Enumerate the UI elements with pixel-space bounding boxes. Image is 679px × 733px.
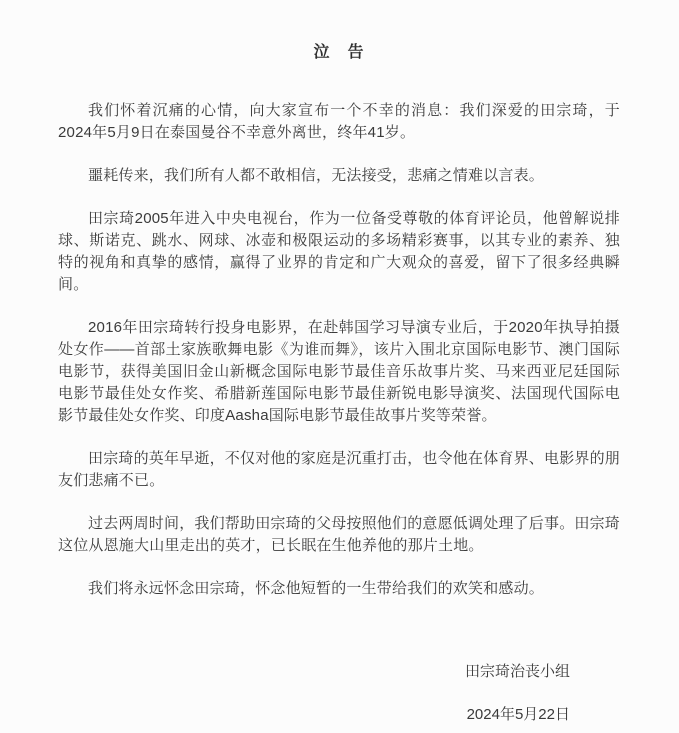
notice-title: 泣 告 (58, 42, 620, 64)
notice-paragraph-film-career: 2016年田宗琦转行投身电影界，在赴韩国学习导演专业后，于2020年执导拍摄处女… (58, 317, 620, 427)
signature: 田宗琦治丧小组 (58, 661, 620, 683)
notice-paragraph-tv-career: 田宗琦2005年进入中央电视台，作为一位备受尊敬的体育评论员，他曾解说排球、斯诺… (58, 208, 620, 296)
closing-block: 田宗琦治丧小组 2024年5月22日 (58, 661, 620, 726)
obituary-notice-page: 泣 告 我们怀着沉痛的心情，向大家宣布一个不幸的消息：我们深爱的田宗琦，于202… (0, 0, 679, 733)
notice-date: 2024年5月22日 (58, 704, 620, 726)
notice-paragraph-funeral: 过去两周时间，我们帮助田宗琦的父母按照他们的意愿低调处理了后事。田宗琦这位从恩施… (58, 513, 620, 557)
notice-paragraph-grief: 噩耗传来，我们所有人都不敢相信，无法接受，悲痛之情难以言表。 (58, 165, 620, 187)
notice-paragraph-announcement: 我们怀着沉痛的心情，向大家宣布一个不幸的消息：我们深爱的田宗琦，于2024年5月… (58, 100, 620, 144)
notice-paragraph-remembrance: 我们将永远怀念田宗琦，怀念他短暂的一生带给我们的欢笑和感动。 (58, 578, 620, 600)
notice-body: 我们怀着沉痛的心情，向大家宣布一个不幸的消息：我们深爱的田宗琦，于2024年5月… (58, 100, 620, 600)
notice-paragraph-impact: 田宗琦的英年早逝，不仅对他的家庭是沉重打击，也令他在体育界、电影界的朋友们悲痛不… (58, 448, 620, 492)
